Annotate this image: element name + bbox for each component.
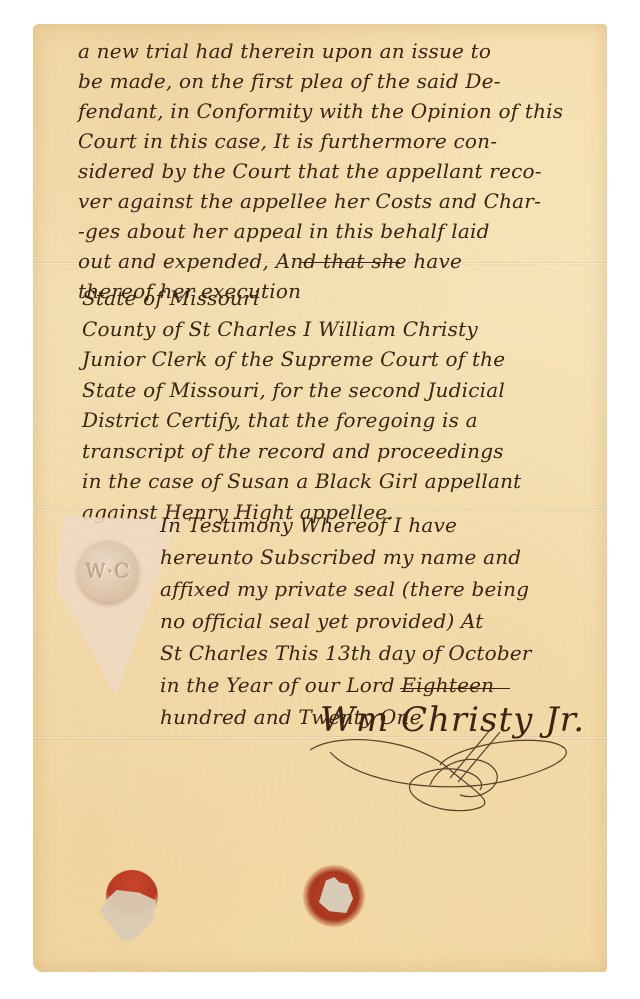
text-line: sidered by the Court that the appellant … [78,156,563,186]
text-line: out and expended, And that she have [78,246,563,276]
text-line: Junior Clerk of the Supreme Court of the [82,344,521,375]
text-line: State of Missouri, for the second Judici… [82,375,521,406]
red-wax-seal [303,865,365,927]
judgment-text-block: a new trial had therein upon an issue to… [78,36,563,306]
text-line: St Charles This 13th day of October [160,638,532,670]
seal-paper-remnant [319,877,353,913]
text-line: In Testimony Whereof I have [160,510,532,542]
signature: Wm Christy Jr. [300,690,590,820]
seal-initials: W·C [85,559,130,583]
text-line: transcript of the record and proceedings [82,436,521,467]
certification-text-block: State of Missouri County of St Charles I… [82,283,521,527]
text-line: no official seal yet provided) At [160,606,532,638]
flourish-rule [300,262,400,263]
text-line: ver against the appellee her Costs and C… [78,186,563,216]
text-line: Court in this case, It is furthermore co… [78,126,563,156]
text-line: affixed my private seal (there being [160,574,532,606]
flourish-rule [400,688,510,689]
text-line: a new trial had therein upon an issue to [78,36,563,66]
text-line: be made, on the first plea of the said D… [78,66,563,96]
text-line: District Certify, that the foregoing is … [82,405,521,436]
text-line: State of Missouri [82,283,521,314]
text-line: County of St Charles I William Christy [82,314,521,345]
text-line: fendant, in Conformity with the Opinion … [78,96,563,126]
text-line: hereunto Subscribed my name and [160,542,532,574]
red-wax-seal [106,870,158,922]
text-line: in the case of Susan a Black Girl appell… [82,466,521,497]
signature-text: Wm Christy Jr. [320,700,585,740]
text-line: -ges about her appeal in this behalf lai… [78,216,563,246]
embossed-wc-seal: W·C [77,540,139,602]
